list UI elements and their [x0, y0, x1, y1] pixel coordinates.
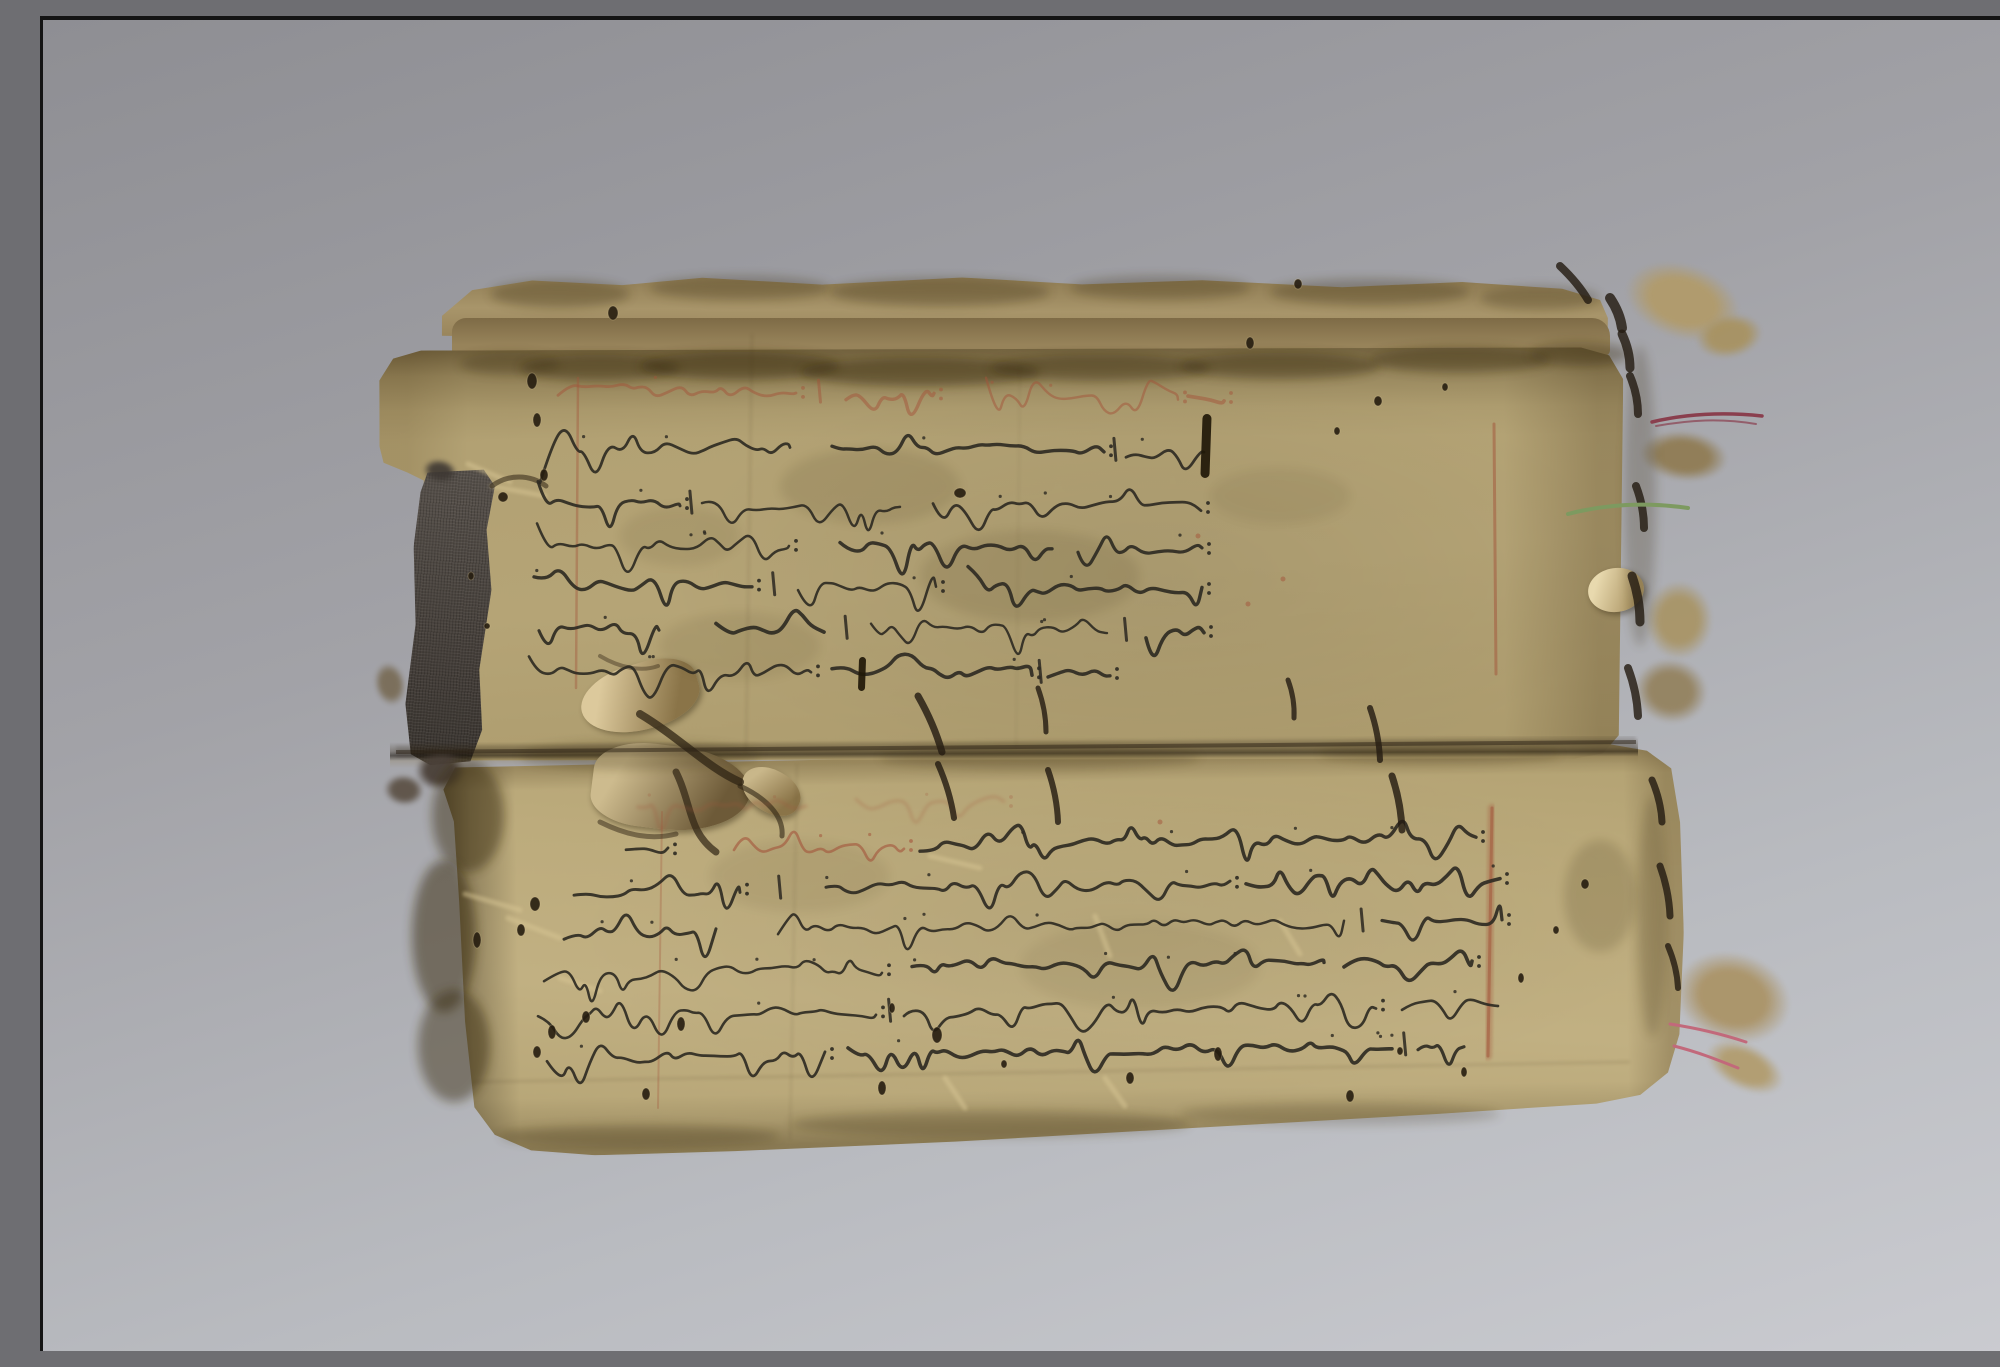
fiber-tuft [1625, 418, 1743, 493]
fiber-tuft [376, 767, 432, 812]
center-fold [390, 738, 1638, 768]
manuscript-photo [40, 16, 2000, 1351]
photo-edge-left [40, 16, 43, 1351]
photo-edge-top [40, 16, 2000, 20]
top-page [377, 345, 1625, 763]
